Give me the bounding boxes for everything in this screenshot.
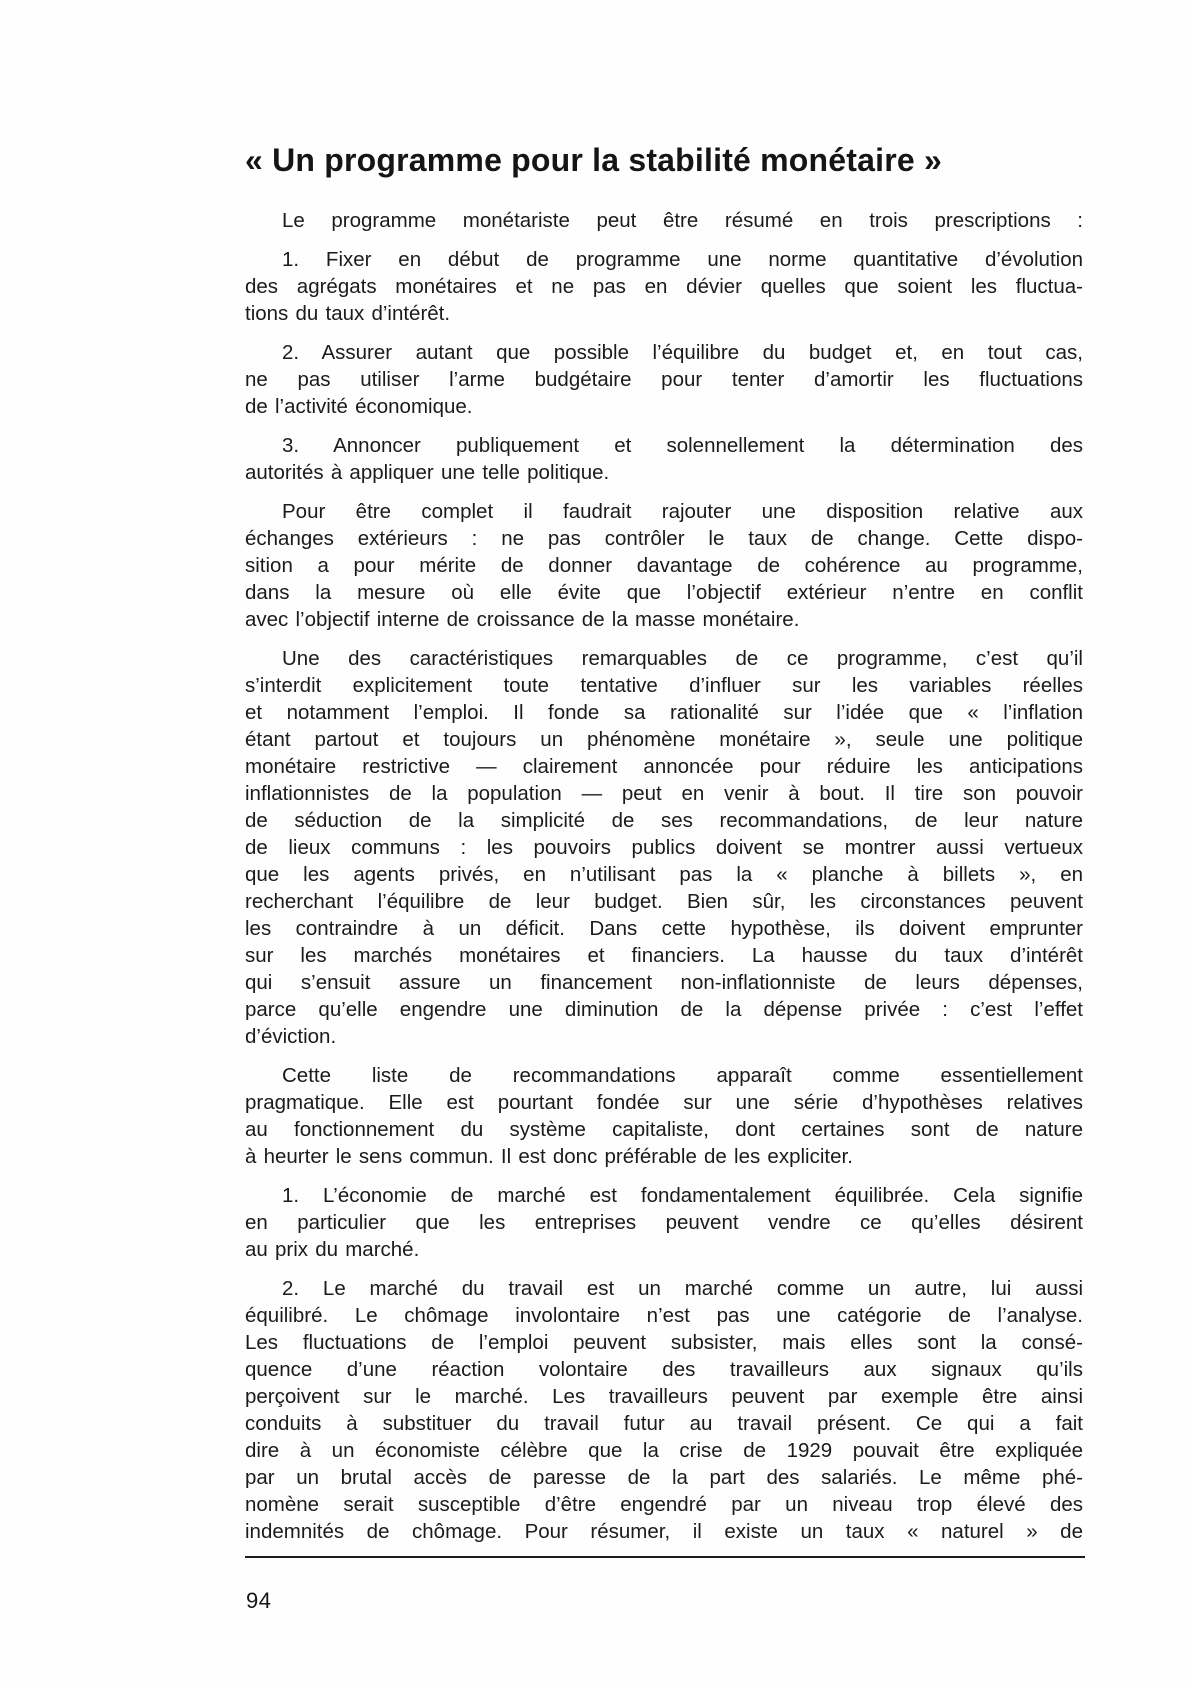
body-text: Le programme monétariste peut être résum…: [245, 207, 1083, 1545]
text-line: monétaire restrictive — clairement annon…: [245, 753, 1083, 780]
text-line: par un brutal accès de paresse de la par…: [245, 1464, 1083, 1491]
text-line: s’interdit explicitement toute tentative…: [245, 672, 1083, 699]
text-line: des agrégats monétaires et ne pas en dév…: [245, 273, 1083, 300]
text-line: parce qu’elle engendre une diminution de…: [245, 996, 1083, 1023]
text-line: équilibré. Le chômage involontaire n’est…: [245, 1302, 1083, 1329]
text-line: et notamment l’emploi. Il fonde sa ratio…: [245, 699, 1083, 726]
paragraph: Cette liste de recommandations apparaît …: [245, 1062, 1083, 1170]
text-line: étant partout et toujours un phénomène m…: [245, 726, 1083, 753]
text-line: de lieux communs : les pouvoirs publics …: [245, 834, 1083, 861]
page-number: 94: [246, 1588, 271, 1614]
text-line: Une des caractéristiques remarquables de…: [245, 645, 1083, 672]
text-line: sition a pour mérite de donner davantage…: [245, 552, 1083, 579]
paragraph: 1. L’économie de marché est fondamentale…: [245, 1182, 1083, 1263]
text-line: tions du taux d’intérêt.: [245, 300, 1083, 327]
text-line: Les fluctuations de l’emploi peuvent sub…: [245, 1329, 1083, 1356]
text-line: perçoivent sur le marché. Les travailleu…: [245, 1383, 1083, 1410]
text-line: au prix du marché.: [245, 1236, 1083, 1263]
text-column: « Un programme pour la stabilité monétai…: [245, 142, 1083, 1545]
text-line: recherchant l’équilibre de leur budget. …: [245, 888, 1083, 915]
text-line: 3. Annoncer publiquement et solennelleme…: [245, 432, 1083, 459]
text-line: en particulier que les entreprises peuve…: [245, 1209, 1083, 1236]
text-line: d’éviction.: [245, 1023, 1083, 1050]
text-line: quence d’une réaction volontaire des tra…: [245, 1356, 1083, 1383]
text-line: 1. L’économie de marché est fondamentale…: [245, 1182, 1083, 1209]
text-line: 1. Fixer en début de programme une norme…: [245, 246, 1083, 273]
paragraph: 1. Fixer en début de programme une norme…: [245, 246, 1083, 327]
text-line: conduits à substituer du travail futur a…: [245, 1410, 1083, 1437]
text-line: de séduction de la simplicité de ses rec…: [245, 807, 1083, 834]
text-line: indemnités de chômage. Pour résumer, il …: [245, 1518, 1083, 1545]
text-line: Le programme monétariste peut être résum…: [245, 207, 1083, 234]
text-line: qui s’ensuit assure un financement non-i…: [245, 969, 1083, 996]
text-line: nomène serait susceptible d’être engendr…: [245, 1491, 1083, 1518]
page-title: « Un programme pour la stabilité monétai…: [245, 142, 1083, 178]
text-line: sur les marchés monétaires et financiers…: [245, 942, 1083, 969]
text-line: Pour être complet il faudrait rajouter u…: [245, 498, 1083, 525]
text-line: ne pas utiliser l’arme budgétaire pour t…: [245, 366, 1083, 393]
text-line: que les agents privés, en n’utilisant pa…: [245, 861, 1083, 888]
text-line: à heurter le sens commun. Il est donc pr…: [245, 1143, 1083, 1170]
text-line: Cette liste de recommandations apparaît …: [245, 1062, 1083, 1089]
text-line: au fonctionnement du système capitaliste…: [245, 1116, 1083, 1143]
text-line: avec l’objectif interne de croissance de…: [245, 606, 1083, 633]
text-line: dans la mesure où elle évite que l’objec…: [245, 579, 1083, 606]
text-line: de l’activité économique.: [245, 393, 1083, 420]
text-line: pragmatique. Elle est pourtant fondée su…: [245, 1089, 1083, 1116]
paragraph: Pour être complet il faudrait rajouter u…: [245, 498, 1083, 633]
paragraph: 2. Le marché du travail est un marché co…: [245, 1275, 1083, 1545]
text-line: 2. Le marché du travail est un marché co…: [245, 1275, 1083, 1302]
text-line: les contraindre à un déficit. Dans cette…: [245, 915, 1083, 942]
text-line: autorités à appliquer une telle politiqu…: [245, 459, 1083, 486]
paragraph: 3. Annoncer publiquement et solennelleme…: [245, 432, 1083, 486]
paragraph: Le programme monétariste peut être résum…: [245, 207, 1083, 234]
footer-rule: [245, 1556, 1085, 1558]
paragraph: Une des caractéristiques remarquables de…: [245, 645, 1083, 1050]
document-page: « Un programme pour la stabilité monétai…: [0, 0, 1190, 1684]
text-line: échanges extérieurs : ne pas contrôler l…: [245, 525, 1083, 552]
text-line: 2. Assurer autant que possible l’équilib…: [245, 339, 1083, 366]
text-line: inflationnistes de la population — peut …: [245, 780, 1083, 807]
paragraph: 2. Assurer autant que possible l’équilib…: [245, 339, 1083, 420]
text-line: dire à un économiste célèbre que la cris…: [245, 1437, 1083, 1464]
